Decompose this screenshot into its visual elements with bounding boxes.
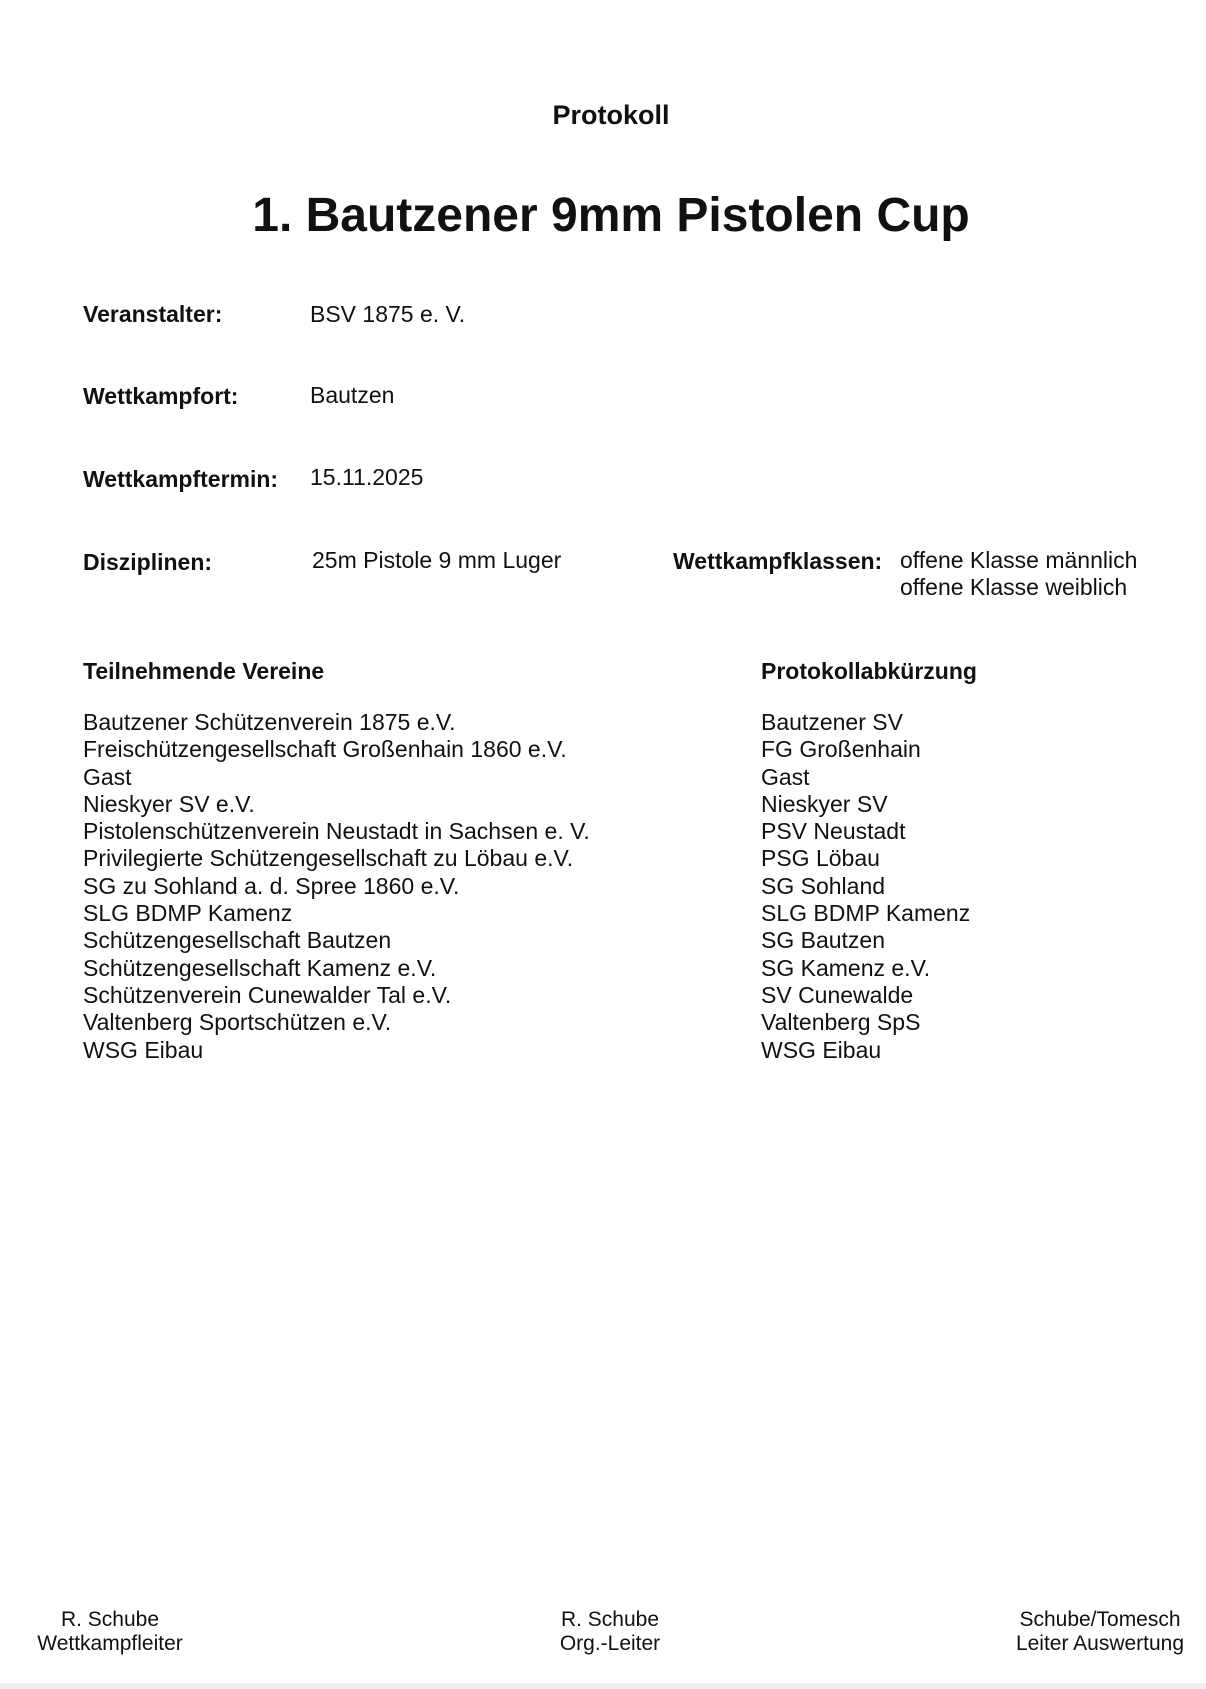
competition-classes-list: offene Klasse männlich offene Klasse wei… bbox=[900, 547, 1137, 601]
club-name: Pistolenschützenverein Neustadt in Sachs… bbox=[83, 818, 590, 845]
signature-name: R. Schube bbox=[520, 1608, 700, 1632]
page-bottom-edge bbox=[0, 1683, 1206, 1689]
competition-class-female: offene Klasse weiblich bbox=[900, 574, 1137, 601]
club-name: Nieskyer SV e.V. bbox=[83, 791, 590, 818]
club-name: SLG BDMP Kamenz bbox=[83, 900, 590, 927]
club-name: Gast bbox=[83, 764, 590, 791]
signature-name: Schube/Tomesch bbox=[1000, 1608, 1200, 1632]
club-abbreviations-list: Bautzener SV FG Großenhain Gast Nieskyer… bbox=[761, 709, 970, 1064]
club-name: Privilegierte Schützengesellschaft zu Lö… bbox=[83, 845, 590, 872]
club-abbreviation: Bautzener SV bbox=[761, 709, 970, 736]
organizer-value: BSV 1875 e. V. bbox=[310, 301, 465, 328]
club-abbreviation: WSG Eibau bbox=[761, 1037, 970, 1064]
club-abbreviation: Gast bbox=[761, 764, 970, 791]
club-abbreviation: PSG Löbau bbox=[761, 845, 970, 872]
club-name: Schützenverein Cunewalder Tal e.V. bbox=[83, 982, 590, 1009]
signature-org-leader: R. Schube Org.-Leiter bbox=[520, 1608, 700, 1656]
club-abbreviation: Valtenberg SpS bbox=[761, 1009, 970, 1036]
club-abbreviation: SG Sohland bbox=[761, 873, 970, 900]
club-abbreviation: SV Cunewalde bbox=[761, 982, 970, 1009]
venue-label: Wettkampfort: bbox=[83, 383, 238, 410]
signature-name: R. Schube bbox=[20, 1608, 200, 1632]
abbreviation-heading: Protokollabkürzung bbox=[761, 658, 977, 685]
venue-value: Bautzen bbox=[310, 382, 394, 409]
club-name: Valtenberg Sportschützen e.V. bbox=[83, 1009, 590, 1036]
competition-classes-label: Wettkampfklassen: bbox=[673, 548, 882, 575]
date-value: 15.11.2025 bbox=[310, 464, 423, 491]
organizer-label: Veranstalter: bbox=[83, 301, 222, 328]
club-abbreviation: PSV Neustadt bbox=[761, 818, 970, 845]
signature-role: Leiter Auswertung bbox=[1000, 1632, 1200, 1656]
club-name: Freischützengesellschaft Großenhain 1860… bbox=[83, 736, 590, 763]
competition-class-male: offene Klasse männlich bbox=[900, 547, 1137, 574]
club-names-list: Bautzener Schützenverein 1875 e.V. Freis… bbox=[83, 709, 590, 1064]
disciplines-value: 25m Pistole 9 mm Luger bbox=[312, 547, 561, 574]
signature-evaluation-leader: Schube/Tomesch Leiter Auswertung bbox=[1000, 1608, 1200, 1656]
protocol-page: Protokoll 1. Bautzener 9mm Pistolen Cup … bbox=[0, 0, 1206, 1683]
club-abbreviation: FG Großenhain bbox=[761, 736, 970, 763]
club-name: Bautzener Schützenverein 1875 e.V. bbox=[83, 709, 590, 736]
signature-competition-leader: R. Schube Wettkampfleiter bbox=[20, 1608, 200, 1656]
signature-role: Wettkampfleiter bbox=[20, 1632, 200, 1656]
club-name: WSG Eibau bbox=[83, 1037, 590, 1064]
clubs-heading: Teilnehmende Vereine bbox=[83, 658, 324, 685]
club-name: Schützengesellschaft Bautzen bbox=[83, 927, 590, 954]
club-abbreviation: SLG BDMP Kamenz bbox=[761, 900, 970, 927]
club-abbreviation: SG Bautzen bbox=[761, 927, 970, 954]
club-name: Schützengesellschaft Kamenz e.V. bbox=[83, 955, 590, 982]
club-abbreviation: SG Kamenz e.V. bbox=[761, 955, 970, 982]
date-label: Wettkampftermin: bbox=[83, 466, 278, 493]
disciplines-label: Disziplinen: bbox=[83, 549, 212, 576]
club-name: SG zu Sohland a. d. Spree 1860 e.V. bbox=[83, 873, 590, 900]
document-title: 1. Bautzener 9mm Pistolen Cup bbox=[0, 188, 1206, 243]
document-subtitle: Protokoll bbox=[0, 100, 1206, 131]
signature-role: Org.-Leiter bbox=[520, 1632, 700, 1656]
club-abbreviation: Nieskyer SV bbox=[761, 791, 970, 818]
